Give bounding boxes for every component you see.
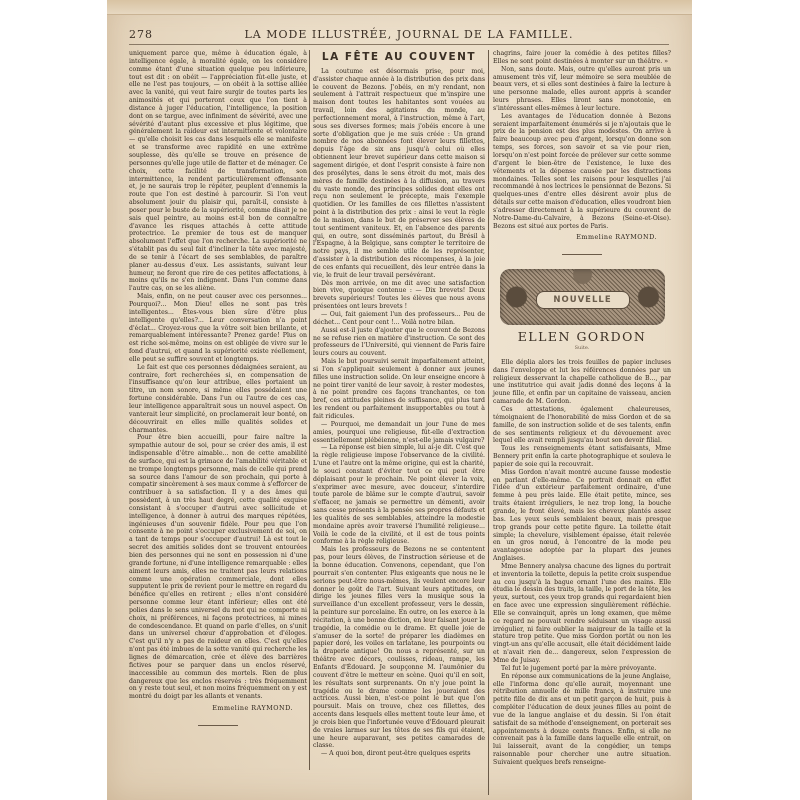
- paragraph: Le fait est que ces personnes dédaignées…: [129, 364, 307, 435]
- author-signature: Emmeline RAYMOND.: [493, 234, 671, 242]
- column-divider: [309, 50, 310, 770]
- author-signature: Emmeline RAYMOND.: [129, 705, 307, 713]
- paragraph: Tel fut le jugement porté par la mère pr…: [493, 665, 671, 673]
- nouvelle-ornament-icon: NOUVELLE: [500, 269, 665, 325]
- story-subtitle: Suite.: [493, 345, 671, 353]
- paragraph: — La réponse est bien simple, lui ai-je …: [313, 444, 485, 546]
- paragraph: chagrins, faire jouer la comédie à des p…: [493, 50, 671, 66]
- paragraph: En réponse aux communications de la jeun…: [493, 673, 671, 767]
- column-2: LA FÊTE AU COUVENT La coutume est désorm…: [313, 50, 485, 758]
- paragraph: Ces attestations, également chaleureuses…: [493, 406, 671, 445]
- end-rule: [562, 254, 602, 255]
- running-header: 278 LA MODE ILLUSTRÉE, JOURNAL DE LA FAM…: [129, 28, 669, 42]
- paragraph: Tous les renseignements étant satisfaisa…: [493, 445, 671, 469]
- page-number: 278: [129, 28, 153, 41]
- paragraph: Mais les professeurs de Bezons ne se con…: [313, 546, 485, 750]
- end-rule: [198, 725, 238, 726]
- story-title: ELLEN GORDON: [493, 333, 671, 341]
- paragraph: Les avantages de l'éducation donnée à Be…: [493, 113, 671, 231]
- paragraph: Non, sans doute. Mais, outre qu'elles au…: [493, 66, 671, 113]
- journal-title: LA MODE ILLUSTRÉE, JOURNAL DE LA FAMILLE…: [219, 28, 599, 41]
- article-title: LA FÊTE AU COUVENT: [313, 54, 485, 62]
- paragraph: Elle déplia alors les trois feuilles de …: [493, 359, 671, 406]
- paragraph: Dès mon arrivée, on me dit avec une sati…: [313, 280, 485, 311]
- paragraph: uniquement parce que, même à éducation é…: [129, 50, 307, 293]
- paragraph: Miss Gordon n'avait montré aucune fausse…: [493, 469, 671, 563]
- paragraph: — Pourquoi, me demandait un jour l'une d…: [313, 421, 485, 445]
- paragraph: Mme Bennery analysa chacune des lignes d…: [493, 563, 671, 665]
- paragraph: — A quoi bon, diront peut-être quelques …: [313, 750, 485, 758]
- paragraph: Aussi est-il juste d'ajouter que le couv…: [313, 327, 485, 358]
- ornament-label: NOUVELLE: [536, 291, 630, 309]
- paragraph: Mais le but poursuivi serait imparfaitem…: [313, 358, 485, 421]
- column-3: chagrins, faire jouer la comédie à des p…: [493, 50, 671, 767]
- magazine-page: 278 LA MODE ILLUSTRÉE, JOURNAL DE LA FAM…: [107, 0, 692, 800]
- header-rule: [129, 44, 669, 45]
- paragraph: — Oui, fait gaiement l'un des professeur…: [313, 311, 485, 327]
- column-1: uniquement parce que, même à éducation é…: [129, 50, 307, 738]
- paragraph: La coutume est désormais prise, pour moi…: [313, 68, 485, 280]
- torn-page-edge: [107, 0, 692, 15]
- paragraph: Pour être bien accueilli, pour faire naî…: [129, 434, 307, 701]
- column-divider: [488, 50, 489, 795]
- paragraph: Mais, enfin, on ne peut causer avec ces …: [129, 293, 307, 364]
